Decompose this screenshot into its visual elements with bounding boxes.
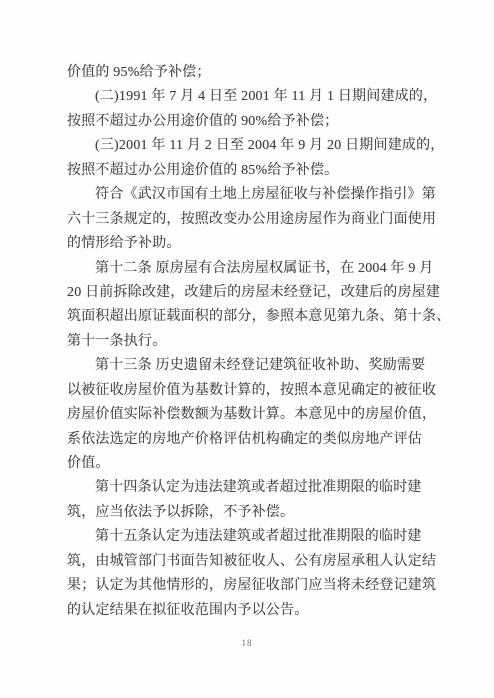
text-line: (二)1991 年 7 月 4 日至 2001 年 11 月 1 日期间建成的， — [67, 85, 459, 109]
text-line: 的情形给予补助。 — [67, 232, 459, 256]
text-line: 价值的 95%给予补偿； — [67, 61, 459, 85]
text-line: 以被征收房屋价值为基数计算的，按照本意见确定的被征收 — [67, 379, 459, 403]
text-line: 房屋价值实际补偿数额为基数计算。本意见中的房屋价值， — [67, 403, 459, 427]
text-line: 筑，应当依法予以拆除，不予补偿。 — [67, 501, 459, 525]
text-line: 果；认定为其他情形的，房屋征收部门应当将未经登记建筑 — [67, 574, 459, 598]
text-line: 第十四条认定为违法建筑或者超过批准期限的临时建 — [67, 476, 459, 500]
document-lines: 价值的 95%给予补偿；(二)1991 年 7 月 4 日至 2001 年 11… — [67, 61, 459, 623]
text-line: 第十三条 历史遗留未经登记建筑征收补助、奖励需要 — [67, 354, 459, 378]
text-line: 筑，由城管部门书面告知被征收人、公有房屋承租人认定结 — [67, 550, 459, 574]
text-line: 的认定结果在拟征收范围内予以公告。 — [67, 599, 459, 623]
text-line: 价值。 — [67, 452, 459, 476]
text-line: (三)2001 年 11 月 2 日至 2004 年 9 月 20 日期间建成的… — [67, 134, 459, 158]
text-line: 符合《武汉市国有土地上房屋征收与补偿操作指引》第 — [67, 183, 459, 207]
text-line: 按照不超过办公用途价值的 90%给予补偿； — [67, 110, 459, 134]
document-page: 价值的 95%给予补偿；(二)1991 年 7 月 4 日至 2001 年 11… — [0, 0, 494, 698]
text-line: 第十二条 原房屋有合法房屋权属证书，在 2004 年 9 月 — [67, 257, 459, 281]
text-line: 筑面积超出原证载面积的部分，参照本意见第九条、第十条、 — [67, 305, 459, 329]
text-line: 第十一条执行。 — [67, 330, 459, 354]
page-number: 18 — [0, 638, 494, 648]
text-line: 20 日前拆除改建，改建后的房屋未经登记，改建后的房屋建 — [67, 281, 459, 305]
text-line: 按照不超过办公用途价值的 85%给予补偿。 — [67, 159, 459, 183]
text-line: 第十五条认定为违法建筑或者超过批准期限的临时建 — [67, 525, 459, 549]
text-line: 系依法选定的房地产价格评估机构确定的类似房地产评估 — [67, 428, 459, 452]
text-line: 六十三条规定的，按照改变办公用途房屋作为商业门面使用 — [67, 208, 459, 232]
